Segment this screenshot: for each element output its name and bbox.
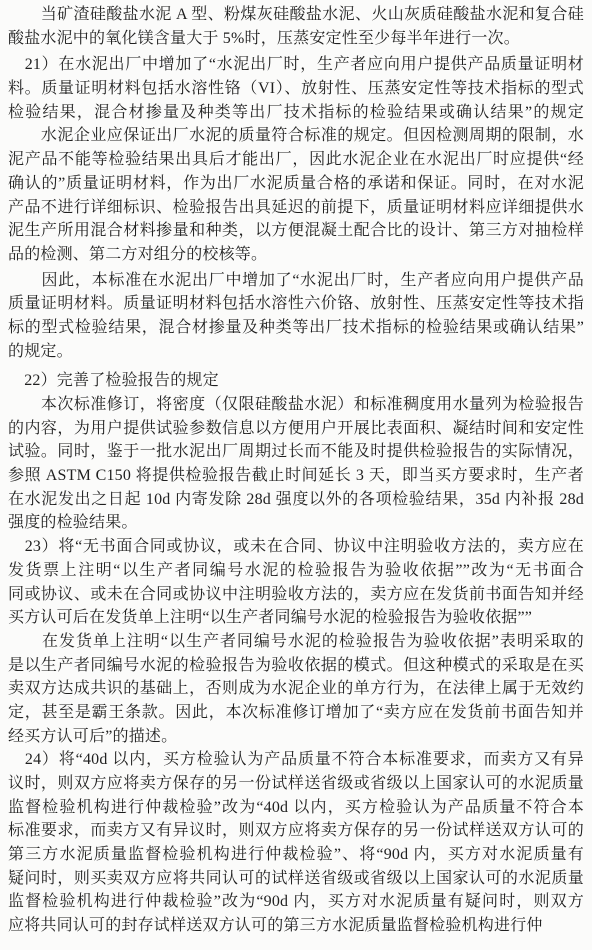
text-line: 水泥企业应保证出厂水泥的质量符合标准的规定。但因检测周期的限制，水 [8, 124, 584, 148]
text-line: 的规定。 [8, 340, 584, 364]
text-line: 监督检验机构进行仲裁检验”改为“90d 内，买方对水泥质量有疑问时，则双方 [8, 890, 584, 914]
text-line: 是以生产者同编号水泥的检验报告为验收依据的模式。但这种模式的采取是在买 [8, 654, 584, 678]
text-line: 品的检测、第二方对组分的校核等。 [8, 243, 584, 267]
text-line: 标的型式检验结果，混合材掺量及种类等出厂技术指标的检验结果或确认结果” [8, 316, 584, 340]
text-line: 应将共同认可的封存试样送双方认可的第三方水泥质量监督检验机构进行仲 [8, 914, 584, 938]
text-line-item-21: 21）在水泥出厂中增加了“水泥出厂时，生产者应向用户提供产品质量证明材 [8, 53, 584, 77]
text-line: 在发货单上注明“以生产者同编号水泥的检验报告为验收依据”表明采取的 [8, 630, 584, 654]
text-line: 泥产品不能等检验结果出具后才能出厂，因此水泥企业在水泥出厂时应提供“经 [8, 148, 584, 172]
text-line: 产品不进行详细标识、检验报告出具延迟的前提下，质量证明材料应详细提供水 [8, 196, 584, 220]
text-line: 发货票上注明“以生产者同编号水泥的检验报告为验收依据””改为“无书面合 [8, 559, 584, 583]
text-line: 议时，则双方应将卖方保存的另一份试样送省级或省级以上国家认可的水泥质量 [8, 772, 584, 796]
text-line-item-23: 23）将“无书面合同或协议，或未在合同、协议中注明验收方法的，卖方应在 [8, 535, 584, 559]
text-line: 疑问时，则买卖双方应将共同认可的试样送省级或省级以上国家认可的水泥质量 [8, 867, 584, 891]
text-line: 定，甚至是霸王条款。因此，本次标准修订增加了“卖方应在发货前书面告知并 [8, 701, 584, 725]
text-line: 同或协议、或未在合同或协议中注明验收方法的，卖方应在发货前书面告知并经 [8, 583, 584, 607]
text-line: 试验。同时，鉴于一批水泥出厂周期过长而不能及时提供检验报告的实际情况， [8, 440, 584, 464]
text-line: 经买方认可后”的描述。 [8, 725, 584, 749]
text-line: 酸盐水泥中的氧化镁含量大于 5%时，压蒸安定性至少每半年进行一次。 [8, 27, 584, 51]
text-line: 确认的”质量证明材料，作为出厂水泥质量合格的承诺和保证。同时，在对水泥 [8, 172, 584, 196]
text-line: 参照 ASTM C150 将提供检验报告截止时间延长 3 天，即当买方要求时，生… [8, 464, 584, 488]
text-line: 质量证明材料。质量证明材料包括水溶性六价铬、放射性、压蒸安定性等技术指 [8, 292, 584, 316]
text-line: 买方认可后在发货单上注明“以生产者同编号水泥的检验报告为验收依据”” [8, 606, 584, 630]
text-line: 料。质量证明材料包括水溶性铬（VI）、放射性、压蒸安定性等技术指标的型式 [8, 77, 584, 101]
text-line: 监督检验机构进行仲裁检验”改为“40d 以内，买方检验认为产品质量不符合本 [8, 796, 584, 820]
text-line: 因此，本标准在水泥出厂中增加了“水泥出厂时，生产者应向用户提供产品 [8, 269, 584, 293]
text-line-item-22: 22）完善了检验报告的规定 [8, 369, 584, 393]
text-line: 当矿渣硅酸盐水泥 A 型、粉煤灰硅酸盐水泥、火山灰质硅酸盐水泥和复合硅 [8, 3, 584, 27]
text-line: 第三方水泥质量监督检验机构进行仲裁检验”、将“90d 内，买方对水泥质量有 [8, 843, 584, 867]
text-line: 卖双方达成共识的基础上，否则成为水泥企业的单方行为，在法律上属于无效约 [8, 677, 584, 701]
text-line: 在水泥发出之日起 10d 内寄发除 28d 强度以外的各项检验结果，35d 内补… [8, 488, 584, 512]
text-line: 的内容，为用户提供试验参数信息以方便用户开展比表面积、凝结时间和安定性 [8, 417, 584, 441]
document-page: 当矿渣硅酸盐水泥 A 型、粉煤灰硅酸盐水泥、火山灰质硅酸盐水泥和复合硅 酸盐水泥… [0, 0, 592, 950]
text-line-item-24: 24）将“40d 以内，买方检验认为产品质量不符合本标准要求，而卖方又有异 [8, 748, 584, 772]
text-line: 强度的检验结果。 [8, 511, 584, 535]
text-line: 泥生产所用混合材料掺量和种类，以方便混凝土配合比的设计、第三方对抽检样 [8, 219, 584, 243]
text-line: 标准要求，而卖方又有异议时，则双方应将卖方保存的另一份试样送双方认可的 [8, 819, 584, 843]
text-line: 本次标准修订，将密度（仅限硅酸盐水泥）和标准稠度用水量列为检验报告 [8, 393, 584, 417]
text-line: 检验结果，混合材掺量及种类等出厂技术指标的检验结果或确认结果”的规定 [8, 101, 584, 125]
